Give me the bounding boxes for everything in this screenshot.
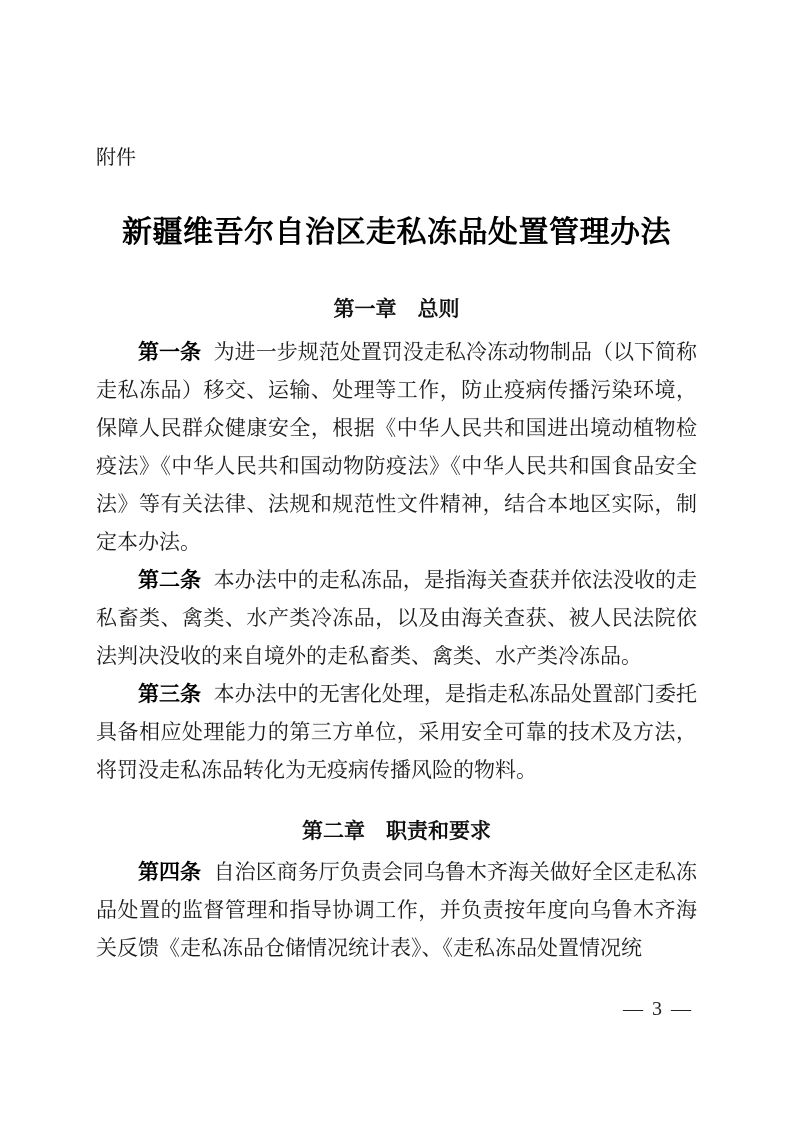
chapter-1-heading: 第一章 总则 — [0, 296, 793, 324]
document-title: 新疆维吾尔自治区走私冻品处置管理办法 — [0, 214, 793, 252]
page-number: — 3 — — [623, 996, 693, 1022]
article-3-label: 第三条 — [138, 682, 201, 706]
article-2-label: 第二条 — [138, 568, 201, 592]
article-4-label: 第四条 — [138, 860, 201, 884]
document-page: 附件 新疆维吾尔自治区走私冻品处置管理办法 第一章 总则 第一条为进一步规范处置… — [0, 0, 793, 1122]
article-3-paragraph: 第三条本办法中的无害化处理，是指走私冻品处置部门委托具备相应处理能力的第三方单位… — [96, 675, 697, 789]
attachment-label: 附件 — [96, 144, 136, 172]
article-4-paragraph: 第四条自治区商务厅负责会同乌鲁木齐海关做好全区走私冻品处置的监督管理和指导协调工… — [96, 853, 697, 967]
article-1-text: 为进一步规范处置罚没走私冷冻动物制品（以下简称走私冻品）移交、运输、处理等工作，… — [96, 340, 697, 554]
article-1-label: 第一条 — [138, 340, 201, 364]
chapter-1-body: 第一条为进一步规范处置罚没走私冷冻动物制品（以下简称走私冻品）移交、运输、处理等… — [96, 333, 697, 789]
chapter-2-body: 第四条自治区商务厅负责会同乌鲁木齐海关做好全区走私冻品处置的监督管理和指导协调工… — [96, 853, 697, 967]
article-1-paragraph: 第一条为进一步规范处置罚没走私冷冻动物制品（以下简称走私冻品）移交、运输、处理等… — [96, 333, 697, 561]
article-2-paragraph: 第二条本办法中的走私冻品，是指海关查获并依法没收的走私畜类、禽类、水产类冷冻品，… — [96, 561, 697, 675]
chapter-2-heading: 第二章 职责和要求 — [0, 818, 793, 846]
